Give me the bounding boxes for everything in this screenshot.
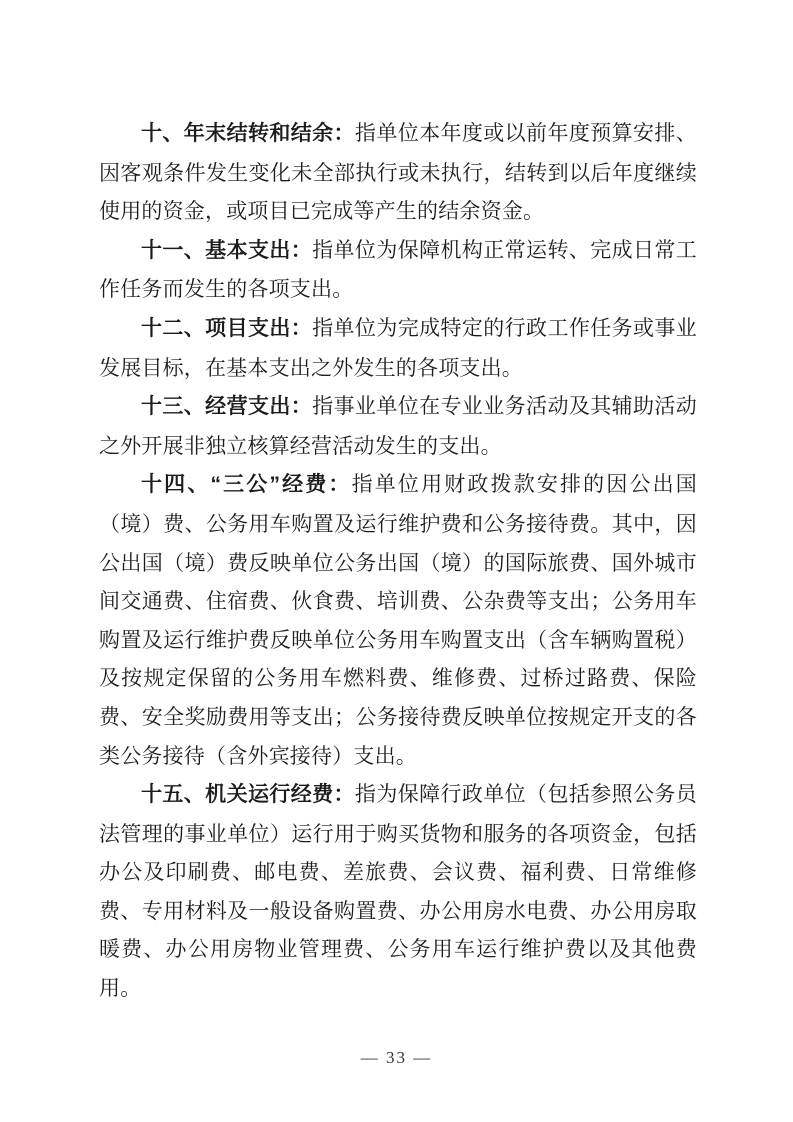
definition-paragraph: 十四、“三公”经费：指单位用财政拨款安排的因公出国（境）费、公务用车购置及运行维… — [99, 465, 697, 775]
definition-paragraph: 十一、基本支出：指单位为保障机构正常运转、完成日常工作任务而发生的各项支出。 — [99, 231, 697, 309]
document-page: 十、年末结转和结余：指单位本年度或以前年度预算安排、因客观条件发生变化未全部执行… — [0, 0, 793, 1122]
term-heading: 十五、机关运行经费： — [141, 783, 355, 806]
term-heading: 十三、经营支出： — [141, 395, 312, 418]
term-definition: 指单位用财政拨款安排的因公出国（境）费、公务用车购置及运行维护费和公务接待费。其… — [99, 472, 697, 767]
term-definition: 指为保障行政单位（包括参照公务员法管理的事业单位）运行用于购买货物和服务的各项资… — [99, 782, 697, 1000]
term-heading: 十、年末结转和结余： — [141, 122, 355, 145]
definition-paragraph: 十二、项目支出：指单位为完成特定的行政工作任务或事业发展目标，在基本支出之外发生… — [99, 309, 697, 387]
term-heading: 十四、“三公”经费： — [141, 473, 352, 496]
definition-paragraph: 十五、机关运行经费：指为保障行政单位（包括参照公务员法管理的事业单位）运行用于购… — [99, 775, 697, 1008]
definition-paragraph: 十、年末结转和结余：指单位本年度或以前年度预算安排、因客观条件发生变化未全部执行… — [99, 114, 697, 231]
definition-paragraph: 十三、经营支出：指事业单位在专业业务活动及其辅助活动之外开展非独立核算经营活动发… — [99, 387, 697, 465]
page-body: 十、年末结转和结余：指单位本年度或以前年度预算安排、因客观条件发生变化未全部执行… — [99, 114, 697, 1008]
term-heading: 十一、基本支出： — [141, 239, 312, 262]
page-number: — 33 — — [0, 1048, 793, 1068]
term-heading: 十二、项目支出： — [141, 317, 312, 340]
